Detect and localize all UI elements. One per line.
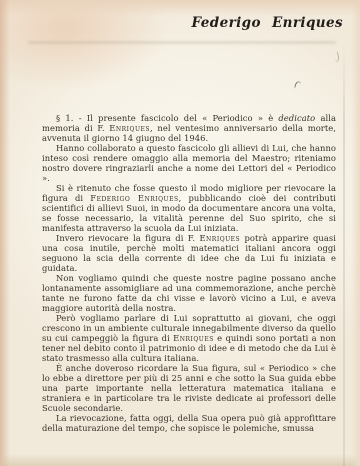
paragraph: Hanno collaborato a questo fascicolo gli…	[42, 143, 336, 183]
page-title: Federigo Enriques	[192, 15, 343, 31]
paragraph: Però vogliamo parlare di Lui soprattutto…	[42, 313, 336, 363]
paragraph: § 1. - Il presente fascicolo del « Perio…	[42, 113, 336, 143]
paragraph: È anche doveroso ricordare la Sua figura…	[42, 363, 336, 413]
scanned-book-page: Federigo Enriques § 1. - Il presente fas…	[0, 0, 360, 466]
paragraph: Si è ritenuto che fosse questo il modo m…	[42, 183, 336, 233]
body-text: § 1. - Il presente fascicolo del « Perio…	[42, 113, 336, 433]
pencil-mark-artifact	[333, 52, 340, 63]
page-crease	[343, 46, 345, 466]
header-rule	[28, 41, 336, 44]
paragraph: Non vogliamo quindi che queste nostre pa…	[42, 273, 336, 313]
paragraph: La rievocazione, fatta oggi, della Sua o…	[42, 413, 336, 433]
paragraph: Invero rievocare la figura di F. Enrique…	[42, 233, 336, 273]
ink-smudge-artifact	[294, 80, 302, 89]
